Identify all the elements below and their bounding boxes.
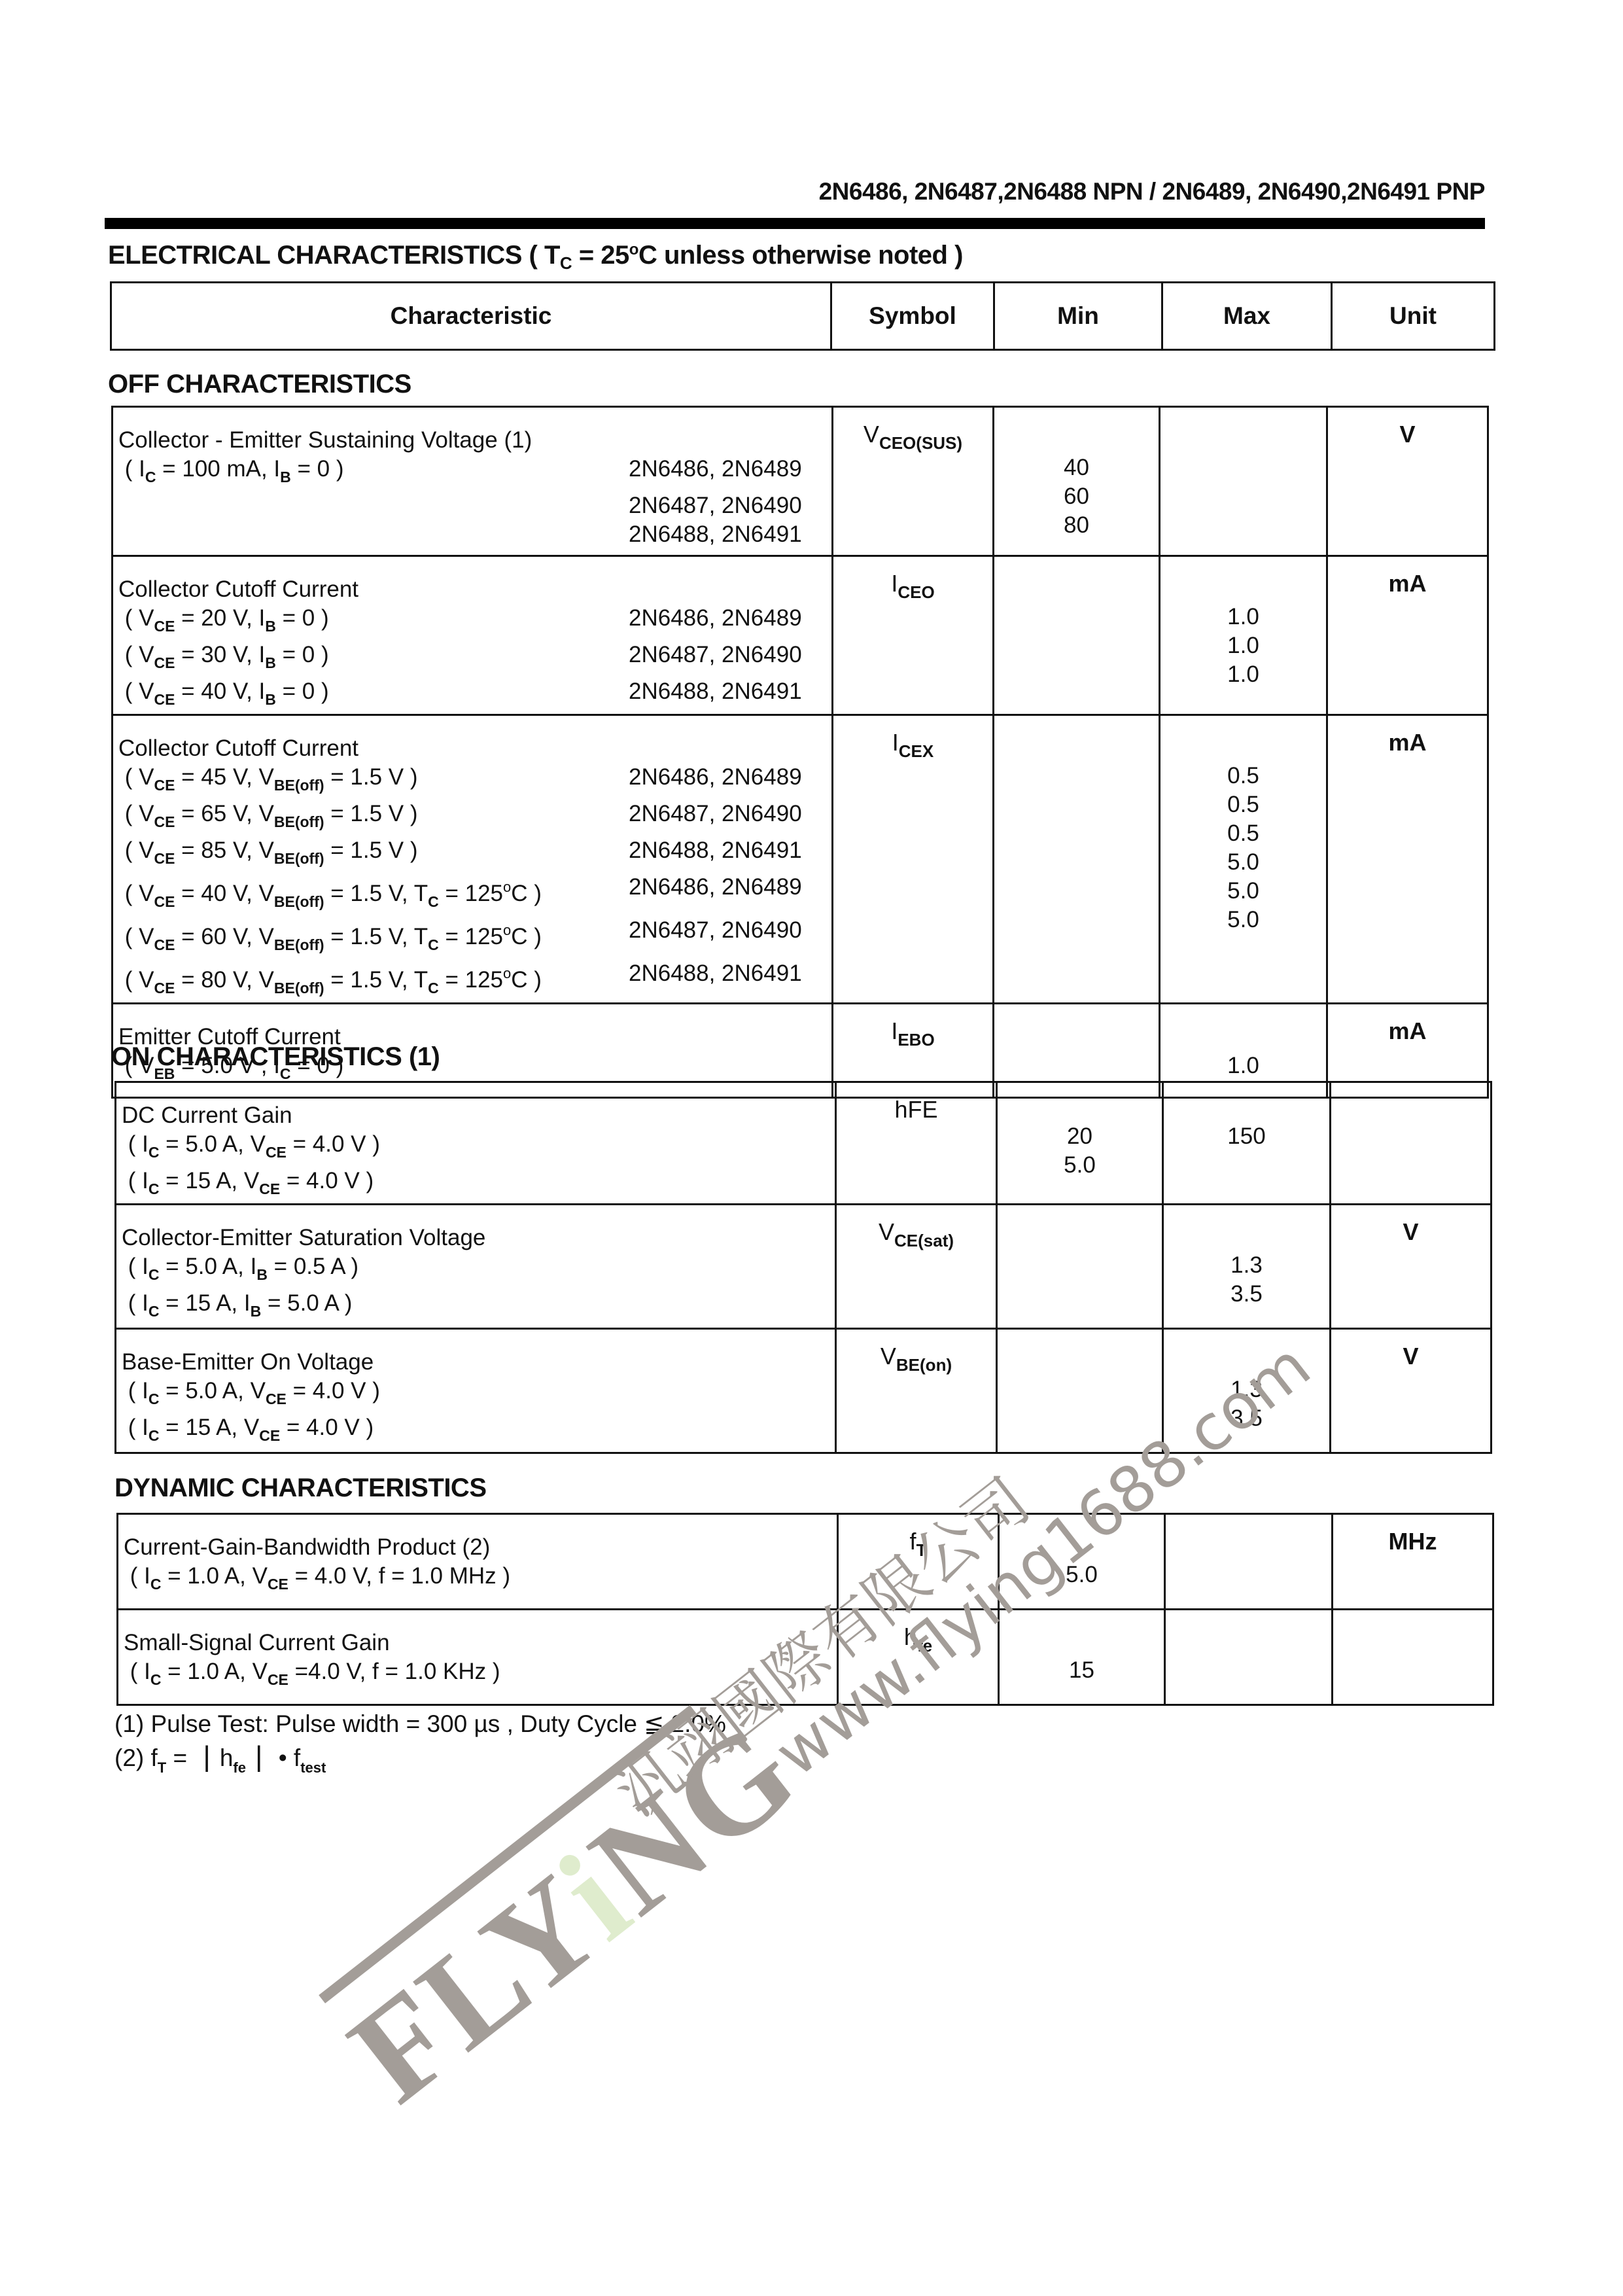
symbol-cell: VCE(sat) <box>836 1205 997 1329</box>
max-value: 1.0 <box>1161 631 1326 660</box>
spec-row: DC Current Gain ( IC = 5.0 A, VCE = 4.0 … <box>116 1082 1492 1205</box>
device-part-numbers <box>632 1413 835 1450</box>
spec-row: Current-Gain-Bandwidth Product (2) ( IC … <box>118 1514 1493 1610</box>
header-rule <box>105 218 1485 229</box>
min-value: 40 <box>994 453 1159 482</box>
test-condition: ( IC = 5.0 A, IB = 0.5 A ) <box>122 1252 632 1289</box>
max-value-cell: 150 <box>1163 1082 1331 1205</box>
min-value: 60 <box>994 482 1159 511</box>
min-value-cell <box>997 1205 1163 1329</box>
device-part-numbers: 2N6486, 2N6489 <box>629 455 831 491</box>
max-value: 0.5 <box>1161 819 1326 848</box>
characteristic-name: Small-Signal Current Gain <box>124 1629 837 1657</box>
device-part-numbers: 2N6488, 2N6491 <box>629 959 831 1002</box>
section-on-characteristics: ON CHARACTERISTICS (1) <box>111 1042 440 1072</box>
test-condition: ( VCE = 80 V, VBE(off) = 1.5 V, TC = 125… <box>118 959 629 1002</box>
condition-line: ( VCE = 65 V, VBE(off) = 1.5 V )2N6487, … <box>118 800 831 836</box>
condition-line: ( VCE = 40 V, VBE(off) = 1.5 V, TC = 125… <box>118 873 831 916</box>
max-value: 5.0 <box>1161 848 1326 877</box>
device-part-numbers <box>632 1252 835 1289</box>
column-header-table: Characteristic Symbol Min Max Unit <box>110 281 1495 351</box>
condition-line: ( IC = 1.0 A, VCE = 4.0 V, f = 1.0 MHz ) <box>124 1562 837 1598</box>
condition-line: ( VCE = 30 V, IB = 0 )2N6487, 2N6490 <box>118 641 831 677</box>
test-condition: ( VCE = 40 V, IB = 0 ) <box>118 677 629 714</box>
test-condition: ( VCE = 20 V, IB = 0 ) <box>118 604 629 641</box>
symbol-cell: VCEO(SUS) <box>833 407 994 556</box>
device-part-numbers <box>634 1562 837 1598</box>
device-part-numbers <box>632 1167 835 1203</box>
test-condition: ( IC = 1.0 A, VCE = 4.0 V, f = 1.0 MHz ) <box>124 1562 634 1598</box>
device-part-numbers: 2N6487, 2N6490 <box>629 916 831 959</box>
test-condition <box>118 520 629 549</box>
symbol-cell: ICEO <box>833 556 994 715</box>
device-part-numbers <box>632 1130 835 1167</box>
condition-line: ( IC = 15 A, VCE = 4.0 V ) <box>122 1167 835 1203</box>
test-condition: ( VCE = 85 V, VBE(off) = 1.5 V ) <box>118 836 629 873</box>
test-condition: ( IC = 15 A, VCE = 4.0 V ) <box>122 1413 632 1450</box>
max-value: 0.5 <box>1161 790 1326 819</box>
max-value: 1.0 <box>1161 1051 1326 1080</box>
characteristic-name: Collector-Emitter Saturation Voltage <box>122 1224 835 1252</box>
off-characteristics-table: Collector - Emitter Sustaining Voltage (… <box>111 406 1489 1099</box>
max-value: 5.0 <box>1161 906 1326 934</box>
test-condition: ( VCE = 45 V, VBE(off) = 1.5 V ) <box>118 763 629 800</box>
test-condition: ( IC = 5.0 A, VCE = 4.0 V ) <box>122 1130 632 1167</box>
characteristic-name: Base-Emitter On Voltage <box>122 1348 835 1377</box>
condition-line: ( IC = 5.0 A, IB = 0.5 A ) <box>122 1252 835 1289</box>
test-condition: ( VCE = 40 V, VBE(off) = 1.5 V, TC = 125… <box>118 873 629 916</box>
spec-row: Collector Cutoff Current ( VCE = 45 V, V… <box>113 715 1488 1004</box>
electrical-characteristics-title: ELECTRICAL CHARACTERISTICS ( TC = 25oC u… <box>108 241 963 274</box>
device-part-numbers: 2N6486, 2N6489 <box>629 604 831 641</box>
device-part-numbers: 2N6486, 2N6489 <box>629 873 831 916</box>
test-condition: ( VCE = 60 V, VBE(off) = 1.5 V, TC = 125… <box>118 916 629 959</box>
characteristic-name: Collector Cutoff Current <box>118 734 831 763</box>
condition-line: ( IC = 100 mA, IB = 0 )2N6486, 2N6489 <box>118 455 831 491</box>
test-condition: ( IC = 15 A, IB = 5.0 A ) <box>122 1289 632 1326</box>
condition-line: ( IC = 15 A, IB = 5.0 A ) <box>122 1289 835 1326</box>
max-value-cell: 0.50.50.55.05.05.0 <box>1160 715 1327 1004</box>
column-unit: Unit <box>1332 283 1495 350</box>
test-condition: ( IC = 5.0 A, VCE = 4.0 V ) <box>122 1377 632 1413</box>
spec-row: Collector-Emitter Saturation Voltage ( I… <box>116 1205 1492 1329</box>
characteristic-name: DC Current Gain <box>122 1101 835 1130</box>
min-value: 5.0 <box>998 1151 1162 1180</box>
unit-cell: MHz <box>1333 1514 1493 1610</box>
unit-cell <box>1333 1610 1493 1705</box>
page-header-part-numbers: 2N6486, 2N6487,2N6488 NPN / 2N6489, 2N64… <box>726 178 1485 205</box>
max-value: 0.5 <box>1161 762 1326 790</box>
min-value: 20 <box>998 1122 1162 1151</box>
characteristic-cell: Collector-Emitter Saturation Voltage ( I… <box>116 1205 836 1329</box>
max-value: 1.3 <box>1164 1251 1329 1280</box>
test-condition: ( IC = 100 mA, IB = 0 ) <box>118 455 629 491</box>
min-value-cell <box>994 715 1160 1004</box>
characteristic-cell: DC Current Gain ( IC = 5.0 A, VCE = 4.0 … <box>116 1082 836 1205</box>
max-value: 1.0 <box>1161 660 1326 689</box>
min-value: 80 <box>994 511 1159 540</box>
section-off-characteristics: OFF CHARACTERISTICS <box>108 370 411 399</box>
min-value-cell: 205.0 <box>997 1082 1163 1205</box>
device-part-numbers: 2N6488, 2N6491 <box>629 836 831 873</box>
device-part-numbers <box>632 1377 835 1413</box>
condition-line: ( VCE = 45 V, VBE(off) = 1.5 V )2N6486, … <box>118 763 831 800</box>
device-part-numbers <box>632 1289 835 1326</box>
test-condition: ( IC = 15 A, VCE = 4.0 V ) <box>122 1167 632 1203</box>
test-condition <box>118 491 629 520</box>
symbol-cell: hFE <box>836 1082 997 1205</box>
spec-row: Collector Cutoff Current ( VCE = 20 V, I… <box>113 556 1488 715</box>
characteristic-name: Collector - Emitter Sustaining Voltage (… <box>118 426 831 455</box>
characteristic-cell: Current-Gain-Bandwidth Product (2) ( IC … <box>118 1514 838 1610</box>
column-characteristic: Characteristic <box>111 283 831 350</box>
spec-row: Collector - Emitter Sustaining Voltage (… <box>113 407 1488 556</box>
characteristic-cell: Base-Emitter On Voltage ( IC = 5.0 A, VC… <box>116 1329 836 1453</box>
max-value-cell <box>1165 1610 1333 1705</box>
min-value-cell <box>994 556 1160 715</box>
unit-cell: mA <box>1327 556 1488 715</box>
symbol-cell: VBE(on) <box>836 1329 997 1453</box>
condition-line: ( VCE = 20 V, IB = 0 )2N6486, 2N6489 <box>118 604 831 641</box>
characteristic-name: Current-Gain-Bandwidth Product (2) <box>124 1533 837 1562</box>
characteristic-cell: Collector Cutoff Current ( VCE = 20 V, I… <box>113 556 833 715</box>
characteristic-cell: Collector - Emitter Sustaining Voltage (… <box>113 407 833 556</box>
condition-line: ( IC = 5.0 A, VCE = 4.0 V ) <box>122 1130 835 1167</box>
max-value: 1.0 <box>1161 603 1326 631</box>
condition-line: ( VCE = 85 V, VBE(off) = 1.5 V )2N6488, … <box>118 836 831 873</box>
max-value-cell: 1.01.01.0 <box>1160 556 1327 715</box>
device-part-numbers: 2N6488, 2N6491 <box>629 677 831 714</box>
unit-cell: V <box>1327 407 1488 556</box>
condition-line: ( VCE = 80 V, VBE(off) = 1.5 V, TC = 125… <box>118 959 831 1002</box>
condition-line: 2N6488, 2N6491 <box>118 520 831 549</box>
test-condition: ( IC = 1.0 A, VCE =4.0 V, f = 1.0 KHz ) <box>124 1657 634 1694</box>
min-value-cell: 406080 <box>994 407 1160 556</box>
section-dynamic-characteristics: DYNAMIC CHARACTERISTICS <box>114 1474 487 1503</box>
characteristic-cell: Collector Cutoff Current ( VCE = 45 V, V… <box>113 715 833 1004</box>
condition-line: ( IC = 15 A, VCE = 4.0 V ) <box>122 1413 835 1450</box>
condition-line: ( VCE = 60 V, VBE(off) = 1.5 V, TC = 125… <box>118 916 831 959</box>
column-symbol: Symbol <box>831 283 994 350</box>
max-value-cell <box>1160 407 1327 556</box>
test-condition: ( VCE = 30 V, IB = 0 ) <box>118 641 629 677</box>
symbol-cell: ICEX <box>833 715 994 1004</box>
column-min: Min <box>994 283 1162 350</box>
device-part-numbers: 2N6487, 2N6490 <box>629 641 831 677</box>
unit-cell: V <box>1331 1329 1492 1453</box>
condition-line: ( VCE = 40 V, IB = 0 )2N6488, 2N6491 <box>118 677 831 714</box>
max-value: 5.0 <box>1161 877 1326 906</box>
unit-cell: mA <box>1327 715 1488 1004</box>
characteristic-name: Collector Cutoff Current <box>118 575 831 604</box>
max-value: 150 <box>1164 1122 1329 1151</box>
device-part-numbers: 2N6487, 2N6490 <box>629 800 831 836</box>
condition-line: 2N6487, 2N6490 <box>118 491 831 520</box>
unit-cell: V <box>1331 1205 1492 1329</box>
test-condition: ( VCE = 65 V, VBE(off) = 1.5 V ) <box>118 800 629 836</box>
device-part-numbers: 2N6488, 2N6491 <box>629 520 831 549</box>
device-part-numbers: 2N6486, 2N6489 <box>629 763 831 800</box>
column-max: Max <box>1162 283 1332 350</box>
condition-line: ( IC = 5.0 A, VCE = 4.0 V ) <box>122 1377 835 1413</box>
unit-cell <box>1331 1082 1492 1205</box>
device-part-numbers: 2N6487, 2N6490 <box>629 491 831 520</box>
